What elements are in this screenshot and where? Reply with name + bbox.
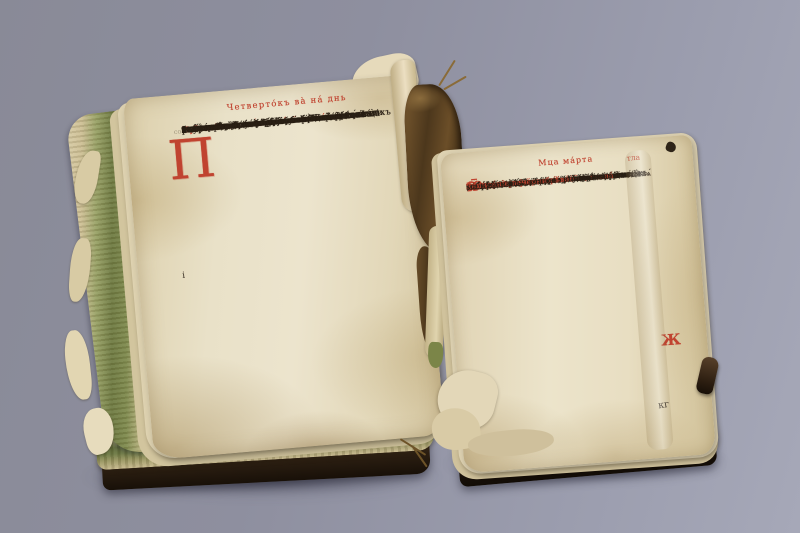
- loose-strip-green-tip: [427, 342, 443, 369]
- margin-mark: і: [182, 271, 186, 281]
- photo-of-two-manuscript-books: Четверто́къ ва̀ на́ днь со П і Прїтчєй с…: [0, 0, 800, 533]
- black-ink-segment: ма изы́сканъ , сти́ры , выписа́но , г .: [466, 170, 622, 194]
- binding-fiber: [443, 76, 467, 91]
- torn-paper-flap: [62, 329, 93, 401]
- ornate-red-initial-letter: П: [166, 134, 217, 187]
